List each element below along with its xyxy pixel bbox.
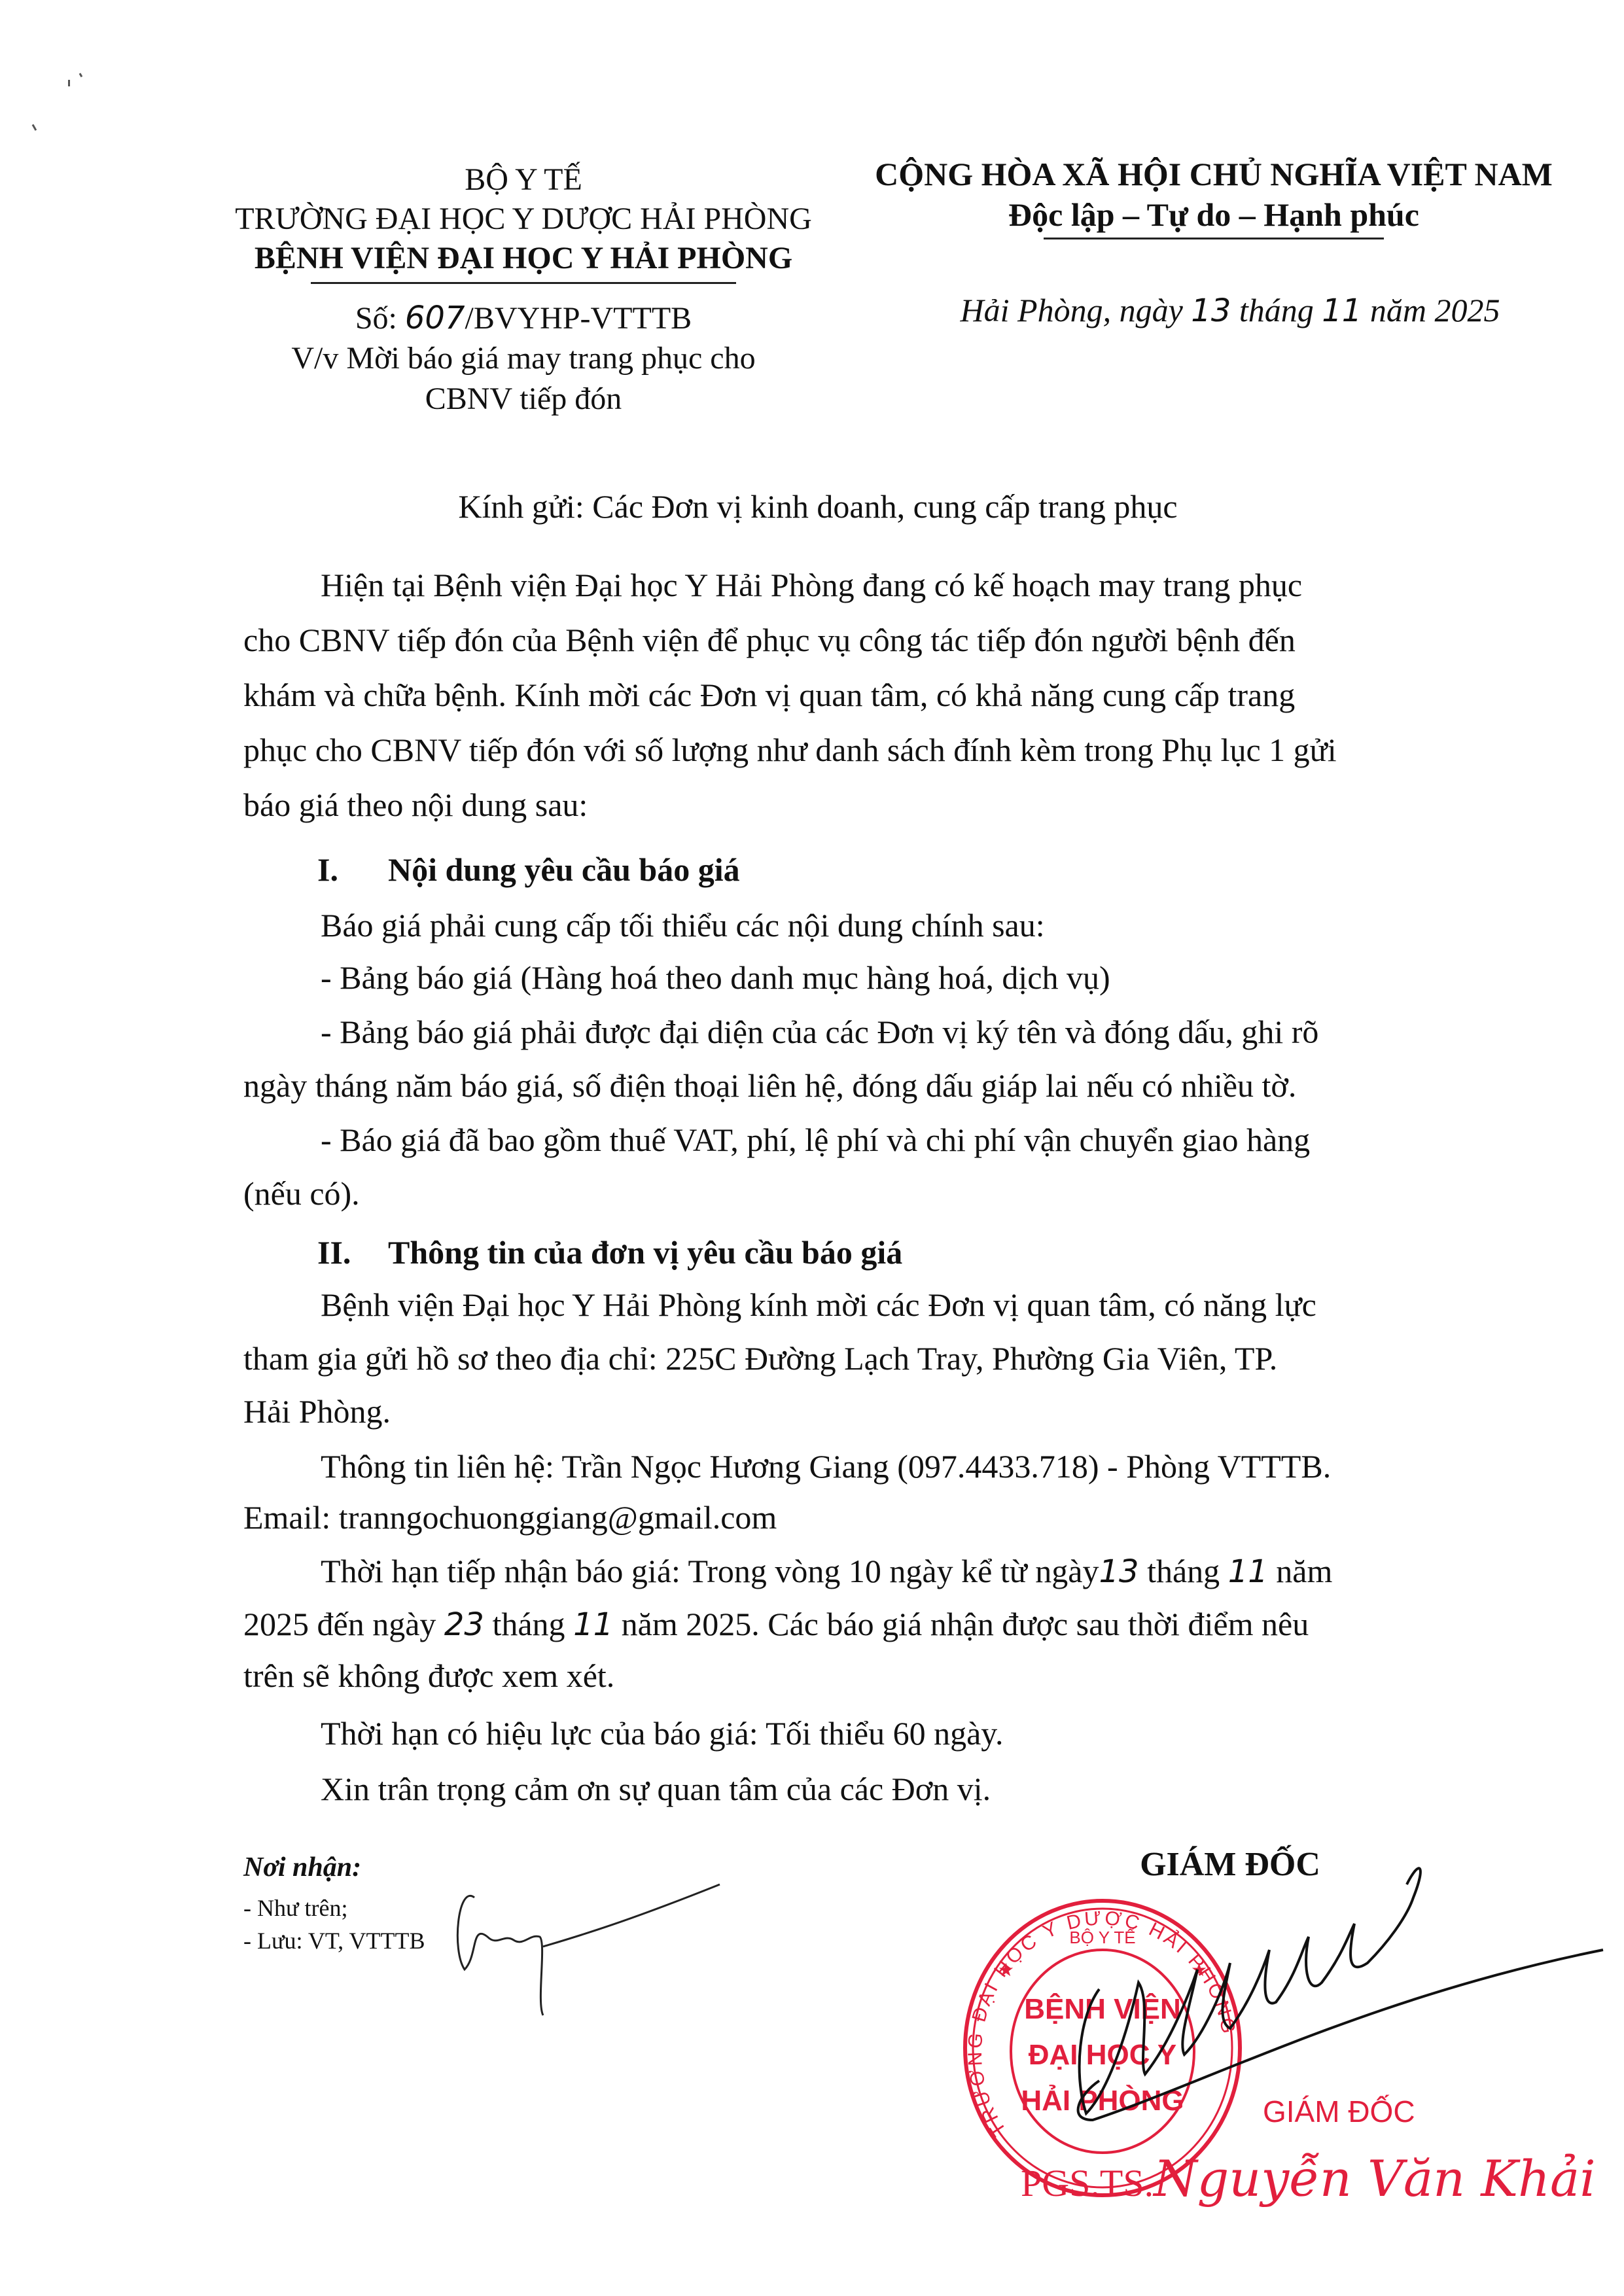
recipient-item: - Như trên; (243, 1894, 347, 1922)
invite-line: Bệnh viện Đại học Y Hải Phòng kính mời c… (321, 1286, 1316, 1324)
salutation: Kính gửi: Các Đơn vị kinh doanh, cung cấ… (229, 487, 1407, 525)
ministry-name: BỘ Y TẾ (164, 160, 883, 200)
hospital-underline (311, 282, 736, 284)
requirement-item-cont: ngày tháng năm báo giá, số điện thoại li… (243, 1067, 1296, 1104)
section-1-lead: Báo giá phải cung cấp tối thiểu các nội … (321, 906, 1045, 944)
requirement-item: - Bảng báo giá phải được đại diện của cá… (321, 1013, 1318, 1051)
svg-text:★: ★ (1191, 1960, 1207, 1981)
stamp-signatory-title: GIÁM ĐỐC (1263, 2094, 1415, 2129)
scan-specks (0, 0, 131, 164)
svg-text:HẢI PHÒNG: HẢI PHÒNG (1021, 2084, 1184, 2117)
doc-number-handwritten: 607 (405, 300, 465, 336)
document-number: Số: 607/BVYHP-VTTTB (164, 298, 883, 339)
address-line: Hải Phòng. (243, 1392, 391, 1430)
validity-line: Thời hạn có hiệu lực của báo giá: Tối th… (321, 1714, 1004, 1752)
address-line: tham gia gửi hồ sơ theo địa chỉ: 225C Đư… (243, 1339, 1277, 1377)
document-date: Hải Phòng, ngày 13 tháng 11 năm 2025 (903, 291, 1557, 329)
requirement-item-cont: (nếu có). (243, 1174, 360, 1212)
intro-line: báo giá theo nội dung sau: (243, 786, 588, 824)
intro-line: khám và chữa bệnh. Kính mời các Đơn vị q… (243, 676, 1295, 714)
requirement-item: - Bảng báo giá (Hàng hoá theo danh mục h… (321, 959, 1110, 997)
deadline-line-2: 2025 đến ngày 23 tháng 11 năm 2025. Các … (243, 1605, 1309, 1643)
section-2-heading: II.Thông tin của đơn vị yêu cầu báo giá (317, 1233, 902, 1271)
deadline-line-1: Thời hạn tiếp nhận báo giá: Trong vòng 1… (321, 1552, 1332, 1590)
svg-text:ĐẠI HỌC Y: ĐẠI HỌC Y (1029, 2039, 1177, 2071)
issuing-authority-block: BỘ Y TẾ TRƯỜNG ĐẠI HỌC Y DƯỢC HẢI PHÒNG … (164, 160, 883, 284)
svg-text:★: ★ (998, 1960, 1014, 1981)
signatory-title: GIÁM ĐỐC (1112, 1845, 1348, 1884)
recipient-item: - Lưu: VT, VTTTB (243, 1927, 425, 1954)
university-name: TRƯỜNG ĐẠI HỌC Y DƯỢC HẢI PHÒNG (164, 200, 883, 239)
signer-name: PGS.TS.Nguyễn Văn Khải (1021, 2149, 1596, 2208)
deadline-line-3: trên sẽ không được xem xét. (243, 1657, 614, 1695)
intro-line: phục cho CBNV tiếp đón với số lượng như … (243, 731, 1337, 769)
thanks-line: Xin trân trọng cảm ơn sự quan tâm của cá… (321, 1770, 991, 1808)
document-subject: V/v Mời báo giá may trang phục cho CBNV … (164, 338, 883, 419)
motto-underline (1044, 238, 1384, 239)
hospital-name: BỆNH VIỆN ĐẠI HỌC Y HẢI PHÒNG (164, 239, 883, 278)
intro-line: Hiện tại Bệnh viện Đại học Y Hải Phòng đ… (321, 566, 1302, 604)
intro-line: cho CBNV tiếp đón của Bệnh viện để phục … (243, 621, 1296, 659)
national-header: CỘNG HÒA XÃ HỘI CHỦ NGHĨA VIỆT NAM Độc l… (844, 154, 1583, 239)
contact-info: Thông tin liên hệ: Trần Ngọc Hương Giang… (321, 1447, 1331, 1485)
section-1-heading: I.Nội dung yêu cầu báo giá (317, 851, 740, 889)
recipients-title: Nơi nhận: (243, 1852, 361, 1883)
country-name: CỘNG HÒA XÃ HỘI CHỦ NGHĨA VIỆT NAM (844, 154, 1583, 194)
requirement-item: - Báo giá đã bao gồm thuế VAT, phí, lệ p… (321, 1121, 1310, 1159)
svg-text:BỆNH VIỆN: BỆNH VIỆN (1024, 1992, 1181, 2025)
national-motto: Độc lập – Tự do – Hạnh phúc (844, 194, 1583, 235)
contact-email: Email: tranngochuonggiang@gmail.com (243, 1498, 777, 1536)
